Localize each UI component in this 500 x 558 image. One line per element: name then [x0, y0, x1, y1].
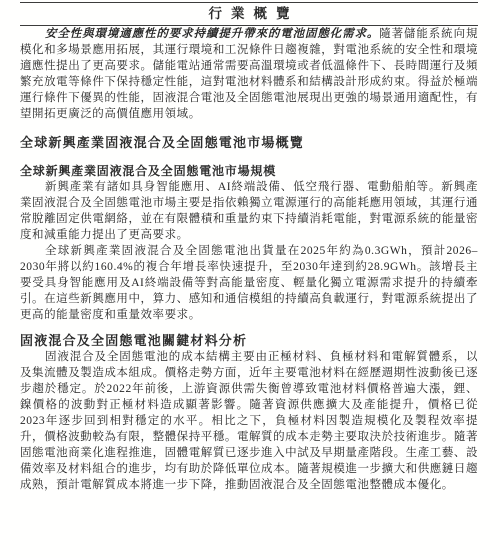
subsection-heading-market-size: 全球新興產業固液混合及全固態電池市場規模 [20, 163, 478, 179]
section-heading-key-materials: 固液混合及全固態電池關鍵材料分析 [20, 333, 478, 349]
market-size-paragraph-1: 新興產業有諸如具身智能應用、AI終端設備、低空飛行器、電動船舶等。新興產業固液混… [20, 179, 478, 243]
document-page: 行業概覽 安全性與環境適應性的要求持續提升帶來的電池固態化需求。隨著儲能系統向規… [0, 0, 500, 558]
page-title: 行業概覽 [20, 3, 478, 25]
document-content: 行業概覽 安全性與環境適應性的要求持續提升帶來的電池固態化需求。隨著儲能系統向規… [20, 0, 478, 493]
market-size-paragraph-2: 全球新興產業固液混合及全固態電池出貨量在2025年約為0.3GWh，預計2026… [20, 243, 478, 323]
intro-body-text: 隨著儲能系統向規模化和多場景應用拓展，其運行環境和工況條件日趨複雜，對電池系統的… [20, 28, 478, 120]
intro-lead-sentence: 安全性與環境適應性的要求持續提升帶來的電池固態化需求。 [45, 28, 379, 40]
section-heading-market-overview: 全球新興產業固液混合及全固態電池市場概覽 [20, 135, 478, 151]
key-materials-paragraph: 固液混合及全固態電池的成本結構主要由正極材料、負極材料和電解質體系，以及集流體及… [20, 349, 478, 493]
intro-paragraph: 安全性與環境適應性的要求持續提升帶來的電池固態化需求。隨著儲能系統向規模化和多場… [20, 26, 478, 122]
